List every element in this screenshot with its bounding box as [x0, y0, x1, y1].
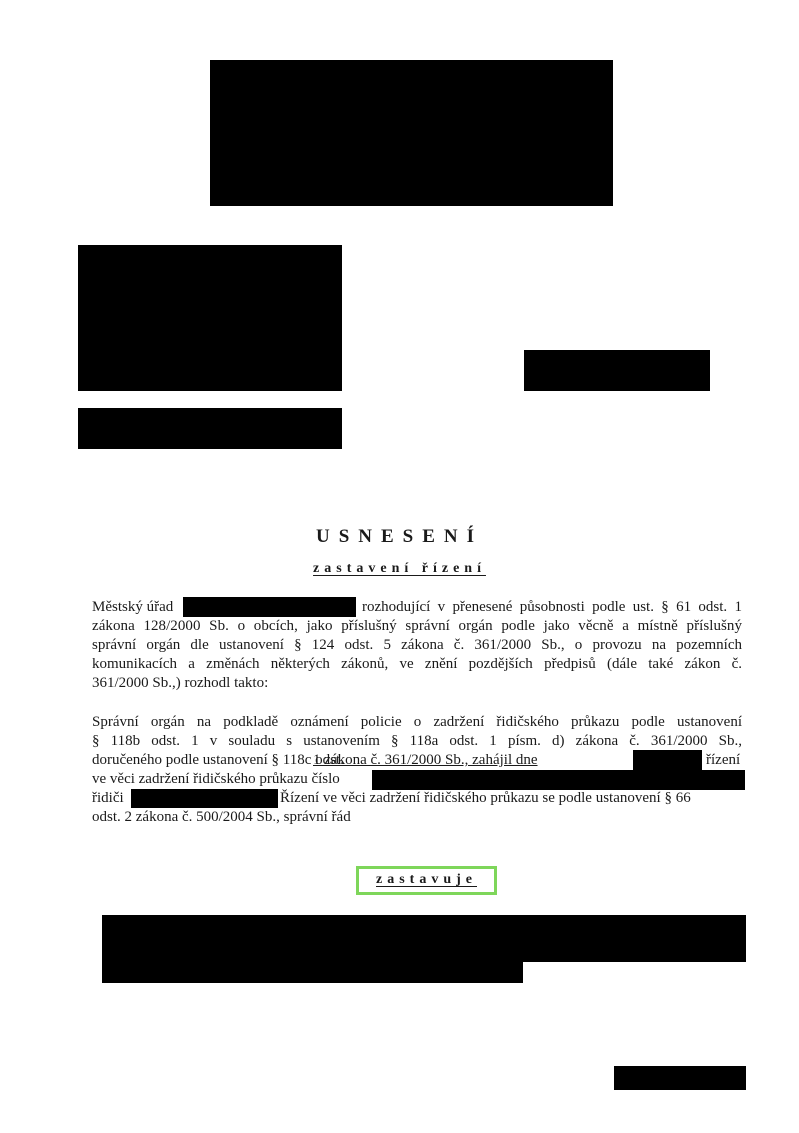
p2-line2: § 118b odst. 1 v souladu s ustanovením §…	[92, 732, 742, 751]
redacted-decision-body-tail	[102, 961, 523, 983]
redacted-license-number	[372, 770, 745, 790]
decision-highlight: zastavuje	[356, 866, 497, 895]
redacted-sender-extra	[78, 408, 342, 449]
redacted-decision-body	[102, 915, 746, 962]
redacted-reference	[524, 350, 710, 391]
p2-line5-b: Řízení ve věci zadržení řidičského průka…	[280, 789, 691, 808]
redacted-driver-name	[131, 789, 278, 808]
redacted-sender-block	[78, 245, 342, 391]
p2-line5-a: řidiči	[92, 789, 124, 808]
p2-line4: ve věci zadržení řidičského průkazu čísl…	[92, 770, 340, 789]
p2-line1: Správní orgán na podkladě oznámení polic…	[92, 713, 742, 732]
redacted-signature	[614, 1066, 746, 1090]
redacted-office-name	[183, 597, 356, 617]
p1-line2: zákona 128/2000 Sb. o obcích, jako přísl…	[92, 617, 742, 636]
p1-line4: komunikacích a změnách některých zákonů,…	[92, 655, 742, 674]
p1-line5: 361/2000 Sb.,) rozhodl takto:	[92, 674, 268, 693]
p2-line3-b: 1 zákona č. 361/2000 Sb., zahájil dne	[313, 751, 538, 770]
p2-line3-c: řízení	[706, 751, 740, 770]
redacted-date	[633, 750, 702, 771]
p1-line1-a: Městský úřad	[92, 598, 173, 617]
p1-line1-b: rozhodující v přenesené působnosti podle…	[362, 598, 742, 617]
redacted-letterhead	[210, 60, 613, 206]
p2-line3-a: doručeného podle ustanovení § 118c odst.	[92, 751, 344, 770]
subtitle-text: zastavení řízení	[313, 561, 486, 576]
p1-line3: správní orgán dle ustanovení § 124 odst.…	[92, 636, 742, 655]
p2-line6: odst. 2 zákona č. 500/2004 Sb., správní …	[92, 808, 351, 827]
document-title: USNESENÍ	[0, 526, 799, 548]
decision-text: zastavuje	[376, 872, 477, 887]
document-subtitle: zastavení řízení	[0, 561, 799, 577]
